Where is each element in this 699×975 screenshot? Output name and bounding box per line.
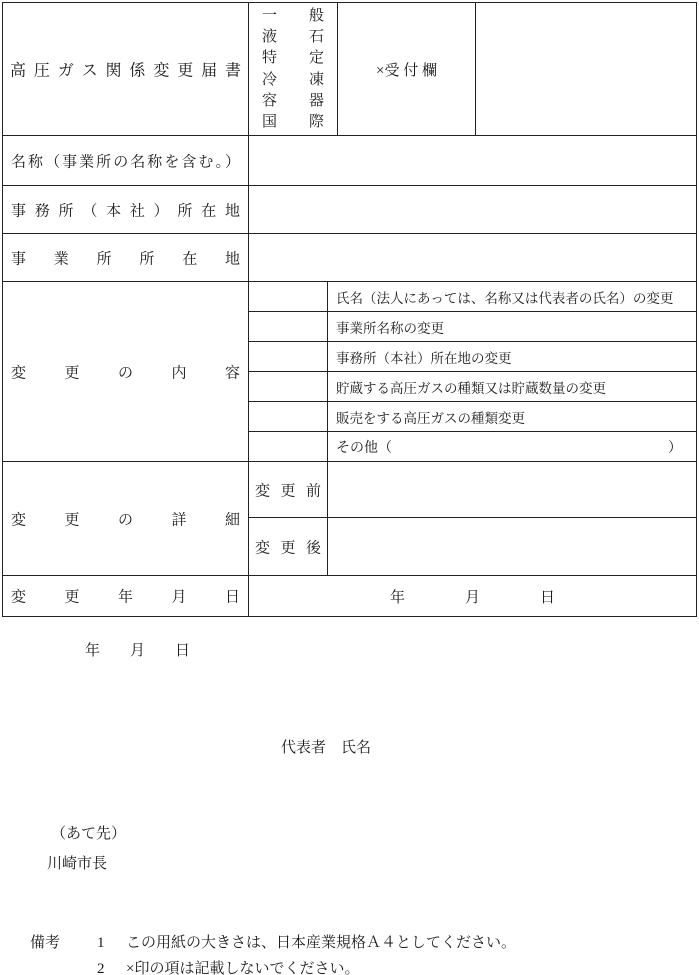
header-row: 高圧ガス関係変更届書 一液特冷容国 般石定凍器際 ×受 付 欄 xyxy=(3,3,696,135)
other-option-open: その他（ xyxy=(336,437,392,457)
site-label: 事業所所在地 xyxy=(11,247,240,268)
gas-type-column-left: 一液特冷容国 xyxy=(261,6,278,132)
form-page: 高圧ガス関係変更届書 一液特冷容国 般石定凍器際 ×受 付 欄 名称（事業所の名… xyxy=(0,0,699,975)
option-mark-cell xyxy=(249,312,328,341)
option-mark-cell xyxy=(249,282,328,311)
before-change-row: 変更前 xyxy=(249,462,696,517)
change-date-label: 変更年月日 xyxy=(11,586,240,607)
change-content-label-cell: 変更の内容 xyxy=(3,282,248,461)
representative-name-line: 代表者 氏名 xyxy=(281,736,371,757)
head-office-row: 事務所（本社）所在地 xyxy=(3,185,696,233)
change-date-value-cell: 年 月 日 xyxy=(248,576,696,616)
change-detail-label-cell: 変更の詳細 xyxy=(3,462,248,575)
before-change-value-cell xyxy=(328,462,696,517)
before-change-label: 変更前 xyxy=(255,479,321,500)
submission-date-line: 年 月 日 xyxy=(85,639,190,660)
gas-type-category-cell: 一液特冷容国 般石定凍器際 xyxy=(248,3,337,135)
change-content-section: 変更の内容 氏名（法人にあっては、名称又は代表者の氏名）の変更 事業所名称の変更… xyxy=(3,281,696,461)
option-mark-cell xyxy=(249,432,328,461)
option-mark-cell xyxy=(249,402,328,431)
option-row-sales-gas-change: 販売をする高圧ガスの種類変更 xyxy=(249,401,696,431)
remark-text: この用紙の大きさは、日本産業規格Ａ４としてください。 xyxy=(126,930,516,956)
remark-item: 1 この用紙の大きさは、日本産業規格Ａ４としてください。 xyxy=(97,930,516,956)
name-label-cell: 名称（事業所の名称を含む。） xyxy=(3,136,248,185)
change-content-options: 氏名（法人にあっては、名称又は代表者の氏名）の変更 事業所名称の変更 事務所（本… xyxy=(248,282,696,461)
remark-text: ×印の項は記載しないでください。 xyxy=(126,956,359,975)
option-row-site-name-change: 事業所名称の変更 xyxy=(249,311,696,341)
option-mark-cell xyxy=(249,372,328,401)
remark-item: 2 ×印の項は記載しないでください。 xyxy=(97,956,516,975)
remarks-block: 備考 1 この用紙の大きさは、日本産業規格Ａ４としてください。 2 ×印の項は記… xyxy=(30,930,516,975)
site-label-cell: 事業所所在地 xyxy=(3,234,248,281)
option-label: 貯蔵する高圧ガスの種類又は貯蔵数量の変更 xyxy=(328,372,696,401)
option-row-name-change: 氏名（法人にあっては、名称又は代表者の氏名）の変更 xyxy=(249,282,696,311)
option-label: 販売をする高圧ガスの種類変更 xyxy=(328,402,696,431)
site-row: 事業所所在地 xyxy=(3,233,696,281)
option-row-other: その他（ ） xyxy=(249,431,696,461)
name-value-cell xyxy=(248,136,696,185)
option-row-storage-change: 貯蔵する高圧ガスの種類又は貯蔵数量の変更 xyxy=(249,371,696,401)
remarks-items: 1 この用紙の大きさは、日本産業規格Ａ４としてください。 2 ×印の項は記載しな… xyxy=(97,930,516,975)
before-change-key-cell: 変更前 xyxy=(249,462,328,517)
remark-number: 2 xyxy=(97,956,126,975)
remark-number: 1 xyxy=(97,930,126,956)
reception-column-label: ×受 付 欄 xyxy=(337,3,475,135)
option-label-other: その他（ ） xyxy=(328,432,696,461)
change-date-row: 変更年月日 年 月 日 xyxy=(3,575,696,616)
option-mark-cell xyxy=(249,342,328,371)
form-title: 高圧ガス関係変更届書 xyxy=(10,58,241,81)
name-label: 名称（事業所の名称を含む。） xyxy=(11,150,240,171)
option-row-head-office-change: 事務所（本社）所在地の変更 xyxy=(249,341,696,371)
gas-type-column-right: 般石定凍器際 xyxy=(308,6,325,132)
after-change-key-cell: 変更後 xyxy=(249,518,328,575)
option-label: 事業所名称の変更 xyxy=(328,312,696,341)
head-office-value-cell xyxy=(248,186,696,233)
site-value-cell xyxy=(248,234,696,281)
other-option-close: ） xyxy=(668,437,682,457)
remarks-label: 備考 xyxy=(30,930,60,956)
head-office-label: 事務所（本社）所在地 xyxy=(11,199,240,220)
option-label: 氏名（法人にあっては、名称又は代表者の氏名）の変更 xyxy=(328,282,696,311)
head-office-label-cell: 事務所（本社）所在地 xyxy=(3,186,248,233)
change-content-label: 変更の内容 xyxy=(11,361,240,382)
change-detail-section: 変更の詳細 変更前 変更後 xyxy=(3,461,696,575)
addressee-label: （あて先） xyxy=(51,822,126,843)
reception-stamp-area xyxy=(475,3,696,135)
notification-form-table: 高圧ガス関係変更届書 一液特冷容国 般石定凍器際 ×受 付 欄 名称（事業所の名… xyxy=(2,2,697,617)
option-label: 事務所（本社）所在地の変更 xyxy=(328,342,696,371)
change-detail-label: 変更の詳細 xyxy=(11,508,240,529)
name-row: 名称（事業所の名称を含む。） xyxy=(3,135,696,185)
change-detail-rows: 変更前 変更後 xyxy=(248,462,696,575)
after-change-value-cell xyxy=(328,518,696,575)
after-change-label: 変更後 xyxy=(255,536,321,557)
form-title-cell: 高圧ガス関係変更届書 xyxy=(3,3,248,135)
addressee-name: 川崎市長 xyxy=(47,852,107,873)
after-change-row: 変更後 xyxy=(249,517,696,575)
change-date-label-cell: 変更年月日 xyxy=(3,576,248,616)
